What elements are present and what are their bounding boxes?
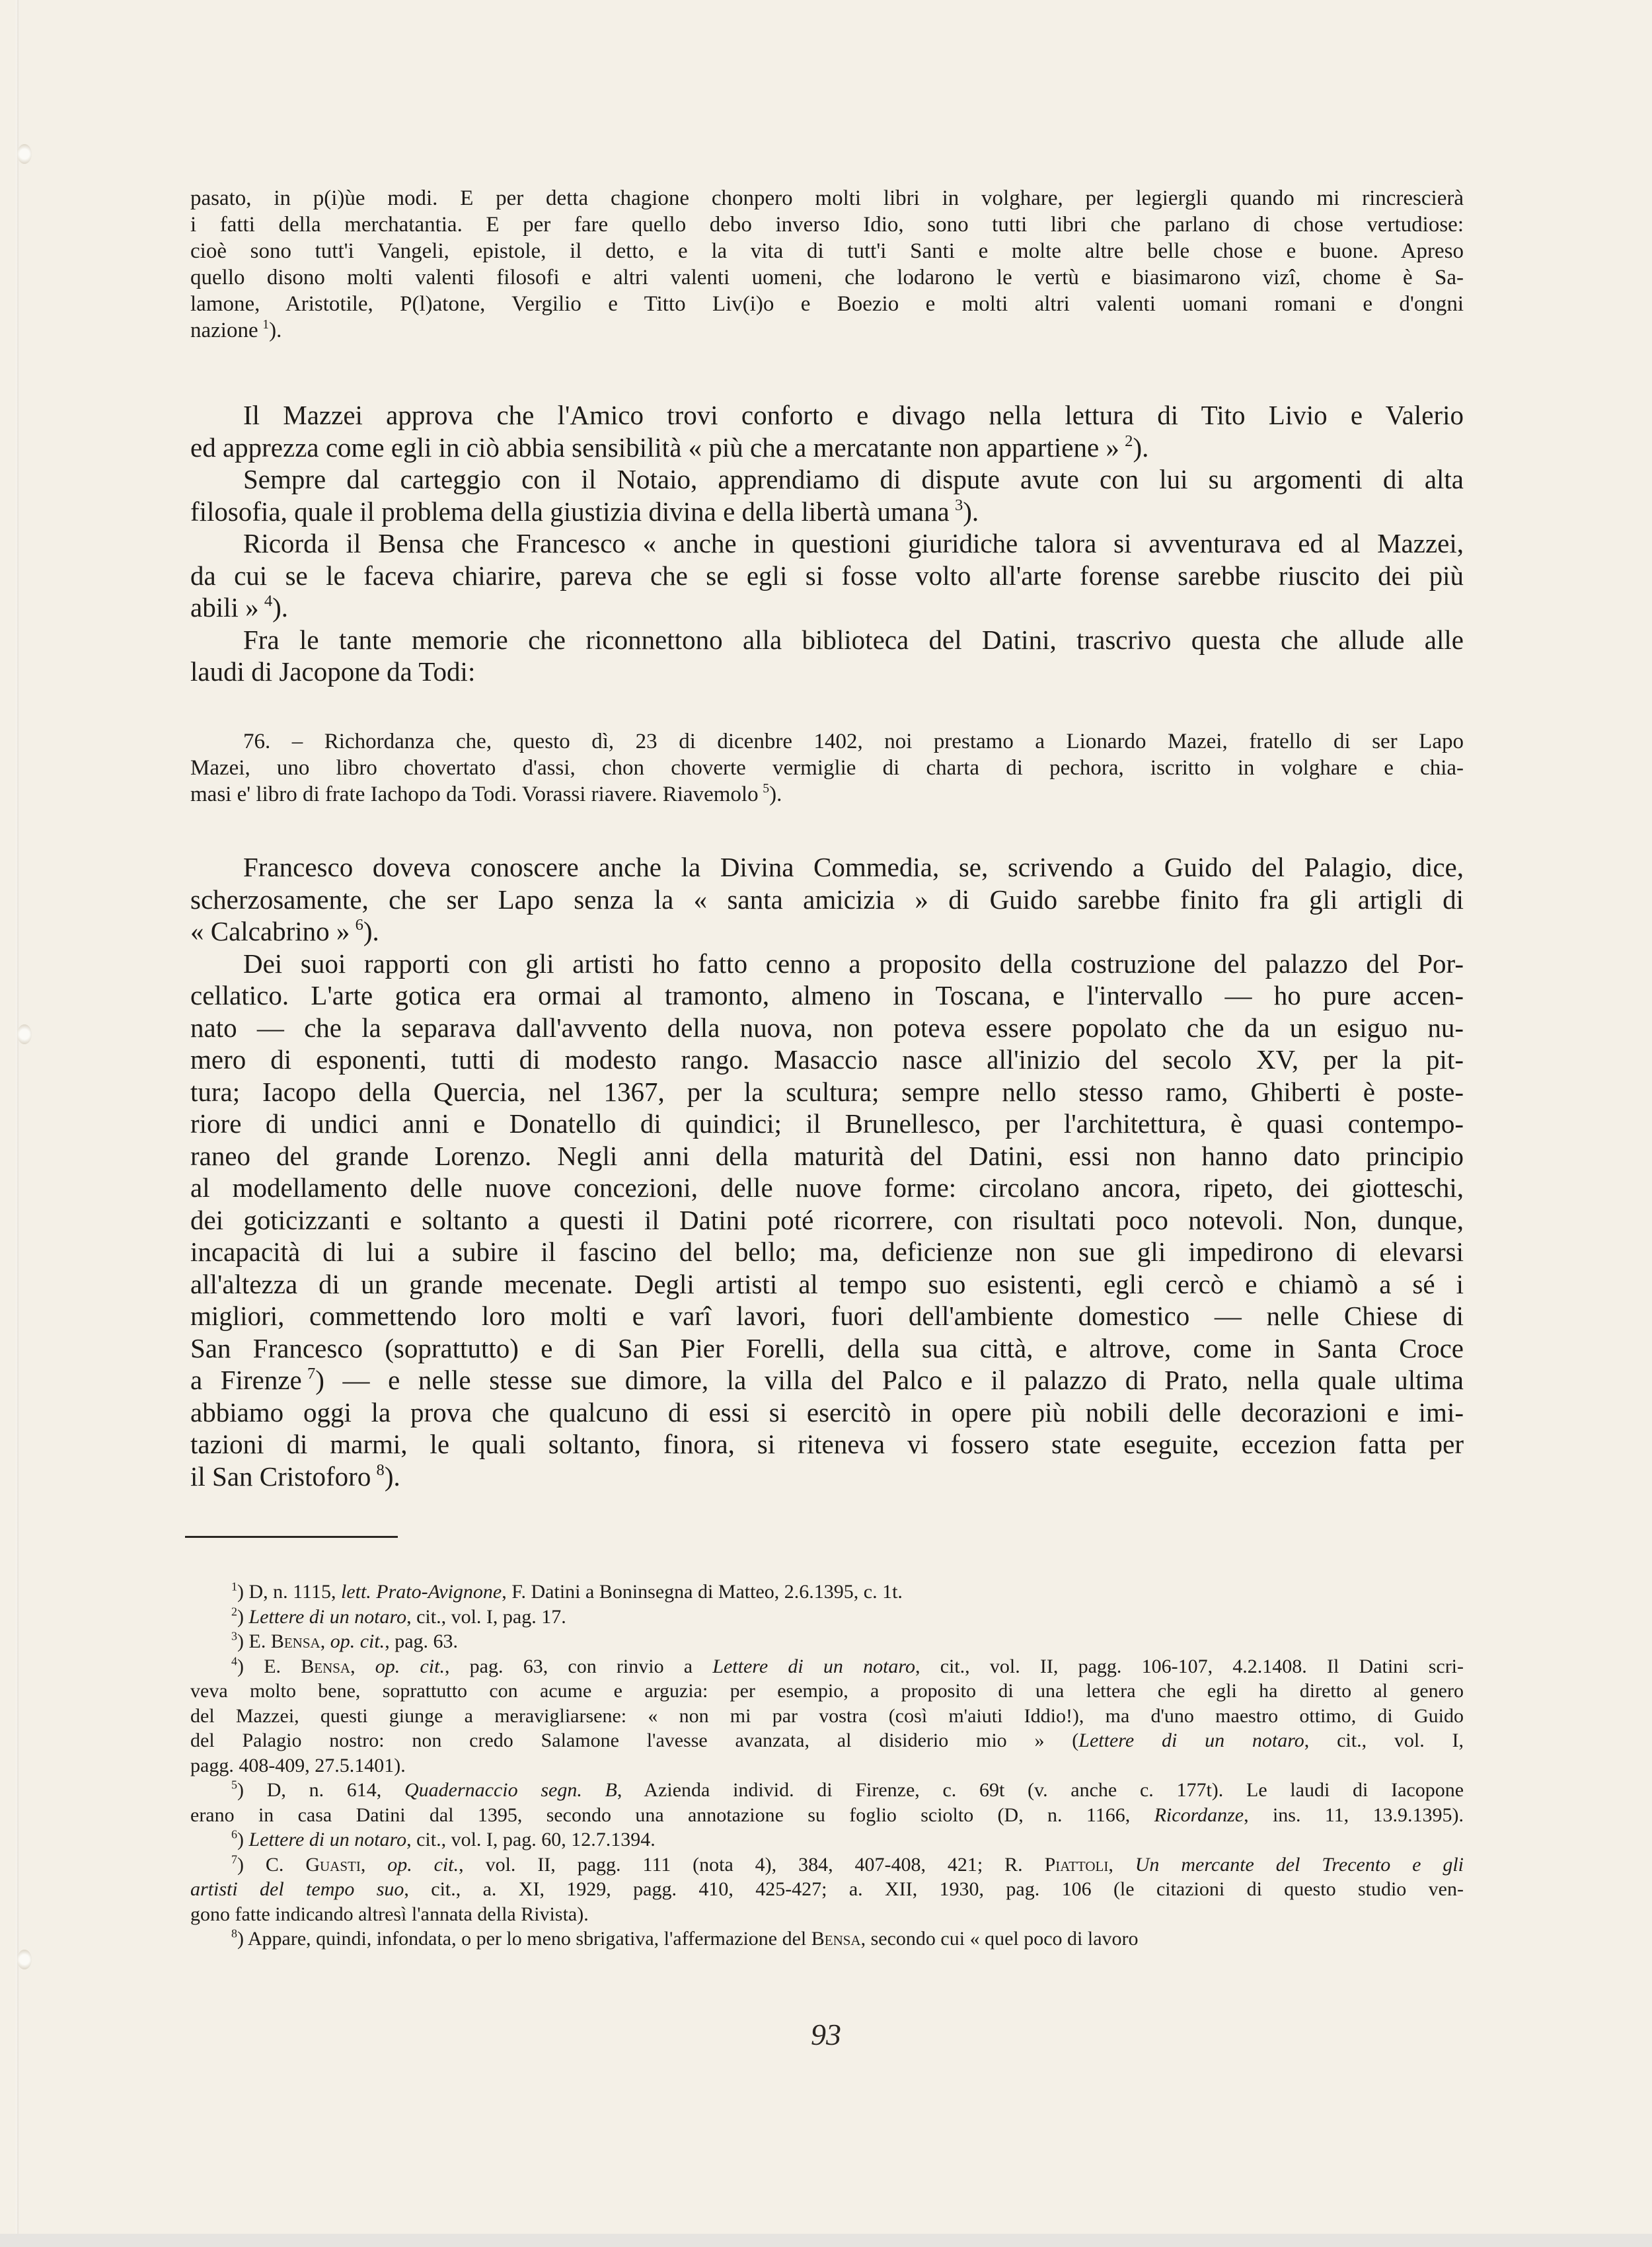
text-line: raneo del grande Lorenzo. Negli anni del… (190, 1140, 1464, 1172)
body-paragraphs-2: Francesco doveva conoscere anche la Divi… (190, 851, 1464, 1492)
footnote-ref[interactable]: 3 (955, 496, 963, 514)
text-line: i fatti della merchatantia. E per fare q… (190, 211, 1464, 238)
footnote-4-line: del Mazzei, questi giunge a meravigliars… (190, 1704, 1464, 1729)
text-line: cioè sono tutt'i Vangeli, epistole, il d… (190, 238, 1464, 264)
text-line: abbiamo oggi la prova che qualcuno di es… (190, 1396, 1464, 1429)
text-line: il San Cristoforo 8). (190, 1461, 1464, 1493)
record-76-block: 76. – Richordanza che, questo dì, 23 di … (190, 728, 1464, 808)
text-line: Fra le tante memorie che riconnettono al… (190, 624, 1464, 656)
text-line: all'altezza di un grande mecenate. Degli… (190, 1268, 1464, 1301)
footnote-3: 3) E. Bensa, op. cit., pag. 63. (190, 1629, 1464, 1654)
footnote-number: 2 (231, 1605, 237, 1618)
footnote-ref[interactable]: 8 (377, 1461, 385, 1479)
footnote-number: 7 (231, 1852, 237, 1866)
text-line: a Firenze 7) — e nelle stesse sue dimore… (190, 1364, 1464, 1396)
scan-bottom-edge (0, 2234, 1652, 2247)
footnote-number: 5 (231, 1778, 237, 1791)
footnote-ref[interactable]: 5 (763, 781, 769, 796)
text-line: Ricorda il Bensa che Francesco « anche i… (190, 527, 1464, 560)
text-line: Francesco doveva conoscere anche la Divi… (190, 851, 1464, 884)
footnote-number: 6 (231, 1827, 237, 1841)
book-page: pasato, in p(i)ùe modi. E per detta chag… (0, 0, 1652, 2234)
text-line: San Francesco (soprattutto) e di San Pie… (190, 1332, 1464, 1365)
paragraph: Francesco doveva conoscere anche la Divi… (190, 851, 1464, 948)
text-line: riore di undici anni e Donatello di quin… (190, 1108, 1464, 1140)
binding-hole-icon (17, 1024, 32, 1044)
text-line: ed apprezza come egli in ciò abbia sensi… (190, 432, 1464, 464)
text-line: Sempre dal carteggio con il Notaio, appr… (190, 463, 1464, 496)
text-line: Dei suoi rapporti con gli artisti ho fat… (190, 948, 1464, 980)
text-line: nato — che la separava dall'avvento dell… (190, 1012, 1464, 1044)
footnote-ref[interactable]: 1 (262, 317, 269, 332)
footnote-6: 6) Lettere di un notaro, cit., vol. I, p… (190, 1827, 1464, 1852)
text-line: mero di esponenti, tutti di modesto rang… (190, 1044, 1464, 1076)
footnote-number: 4 (231, 1654, 237, 1667)
footnote-ref[interactable]: 2 (1125, 432, 1133, 450)
footnote-4-line: del Palagio nostro: non credo Salamone l… (190, 1728, 1464, 1753)
text-line: « Calcabrino » 6). (190, 915, 1464, 948)
text-line: quello disono molti valenti filosofi e a… (190, 264, 1464, 291)
text-line: tura; Iacopo della Quercia, nel 1367, pe… (190, 1076, 1464, 1108)
text-line: lamone, Aristotile, P(l)atone, Vergilio … (190, 291, 1464, 317)
footnotes-block: 1) D, n. 1115, lett. Prato-Avignone, F. … (190, 1580, 1464, 1952)
footnote-number: 8 (231, 1926, 237, 1940)
footnote-4-line: veva molto bene, soprattutto con acume e… (190, 1679, 1464, 1704)
text-line: 76. – Richordanza che, questo dì, 23 di … (190, 728, 1464, 755)
paragraph: Fra le tante memorie che riconnettono al… (190, 624, 1464, 688)
paragraph: Ricorda il Bensa che Francesco « anche i… (190, 527, 1464, 624)
text-line: da cui se le faceva chiarire, pareva che… (190, 560, 1464, 592)
text-line: filosofia, quale il problema della giust… (190, 496, 1464, 528)
binding-hole-icon (17, 144, 32, 164)
footnote-4-line: pagg. 408-409, 27.5.1401). (190, 1753, 1464, 1778)
quoted-letter-block: pasato, in p(i)ùe modi. E per detta chag… (190, 185, 1464, 344)
paragraph: Sempre dal carteggio con il Notaio, appr… (190, 463, 1464, 527)
footnote-ref[interactable]: 6 (356, 916, 363, 934)
text-line: migliori, commettendo loro molti e varî … (190, 1300, 1464, 1332)
footnote-7-line: artisti del tempo suo, cit., a. XI, 1929… (190, 1877, 1464, 1902)
text-line: Il Mazzei approva che l'Amico trovi conf… (190, 399, 1464, 432)
page-number: 93 (0, 2017, 1652, 2052)
footnote-5: 5) D, n. 614, Quadernaccio segn. B, Azie… (190, 1778, 1464, 1803)
text-line: nazione 1). (190, 317, 1464, 344)
paragraph: Dei suoi rapporti con gli artisti ho fat… (190, 948, 1464, 1493)
text-line: pasato, in p(i)ùe modi. E per detta chag… (190, 185, 1464, 211)
footnote-separator-rule (185, 1536, 398, 1538)
text-line: scherzosamente, che ser Lapo senza la « … (190, 884, 1464, 916)
paragraph: Il Mazzei approva che l'Amico trovi conf… (190, 399, 1464, 463)
page-fold-line (16, 0, 20, 2234)
footnote-number: 1 (231, 1580, 237, 1593)
text-line: Mazei, uno libro chovertato d'assi, chon… (190, 755, 1464, 781)
footnote-1: 1) D, n. 1115, lett. Prato-Avignone, F. … (190, 1580, 1464, 1605)
footnote-ref[interactable]: 7 (307, 1365, 315, 1383)
binding-hole-icon (17, 1950, 32, 1969)
text-line: incapacità di lui a subire il fascino de… (190, 1236, 1464, 1268)
text-line: al modellamento delle nuove concezioni, … (190, 1172, 1464, 1204)
body-paragraphs-1: Il Mazzei approva che l'Amico trovi conf… (190, 399, 1464, 688)
text-line: cellatico. L'arte gotica era ormai al tr… (190, 979, 1464, 1012)
text-line: abili » 4). (190, 591, 1464, 624)
text-line: tazioni di marmi, le quali soltanto, fin… (190, 1428, 1464, 1461)
footnote-number: 3 (231, 1629, 237, 1642)
footnote-2: 2) Lettere di un notaro, cit., vol. I, p… (190, 1605, 1464, 1630)
footnote-4: 4) E. Bensa, op. cit., pag. 63, con rinv… (190, 1654, 1464, 1679)
text-line: laudi di Jacopone da Todi: (190, 656, 1464, 688)
footnote-7: 7) C. Guasti, op. cit., vol. II, pagg. 1… (190, 1852, 1464, 1878)
text-line: dei goticizzanti e soltanto a questi il … (190, 1204, 1464, 1237)
footnote-5-line: erano in casa Datini dal 1395, secondo u… (190, 1803, 1464, 1828)
footnote-ref[interactable]: 4 (264, 592, 272, 610)
text-line: masi e' libro di frate Iachopo da Todi. … (190, 781, 1464, 808)
footnote-7-line: gono fatte indicando altresì l'annata de… (190, 1902, 1464, 1927)
footnote-8: 8) Appare, quindi, infondata, o per lo m… (190, 1926, 1464, 1952)
